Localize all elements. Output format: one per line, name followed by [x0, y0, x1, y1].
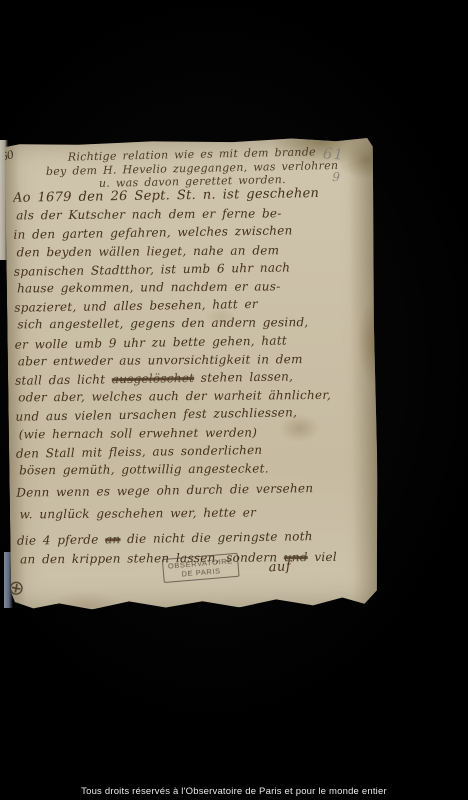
digitized-manuscript-viewer: { "footer": { "caption": "Tous droits ré… [0, 0, 468, 800]
manuscript-page: 60 61 9 Richtige relation wie es mit dem… [5, 136, 380, 610]
body-text: Ao 1679 den 26 Sept. St. n. ist geschehe… [13, 185, 365, 569]
observatory-stamp: OBSERVATOIRE DE PARIS [162, 553, 240, 583]
catchword: auf [268, 559, 291, 575]
struck-word: an [105, 532, 121, 546]
manuscript-line: bösen gemüth, gottwillig angestecket. [19, 459, 364, 480]
manuscript-line: die 4 pferde an die nicht die geringste … [17, 526, 365, 550]
scan-background: 60 61 9 Richtige relation wie es mit dem… [0, 0, 468, 800]
manuscript-line: w. unglück geschehen wer, hette er [20, 503, 365, 524]
copyright-caption: Tous droits réservés à l'Observatoire de… [0, 786, 468, 797]
struck-word: ausgelöschet [112, 371, 195, 386]
manuscript-line: Denn wenn es wege ohn durch die versehen [16, 479, 364, 503]
